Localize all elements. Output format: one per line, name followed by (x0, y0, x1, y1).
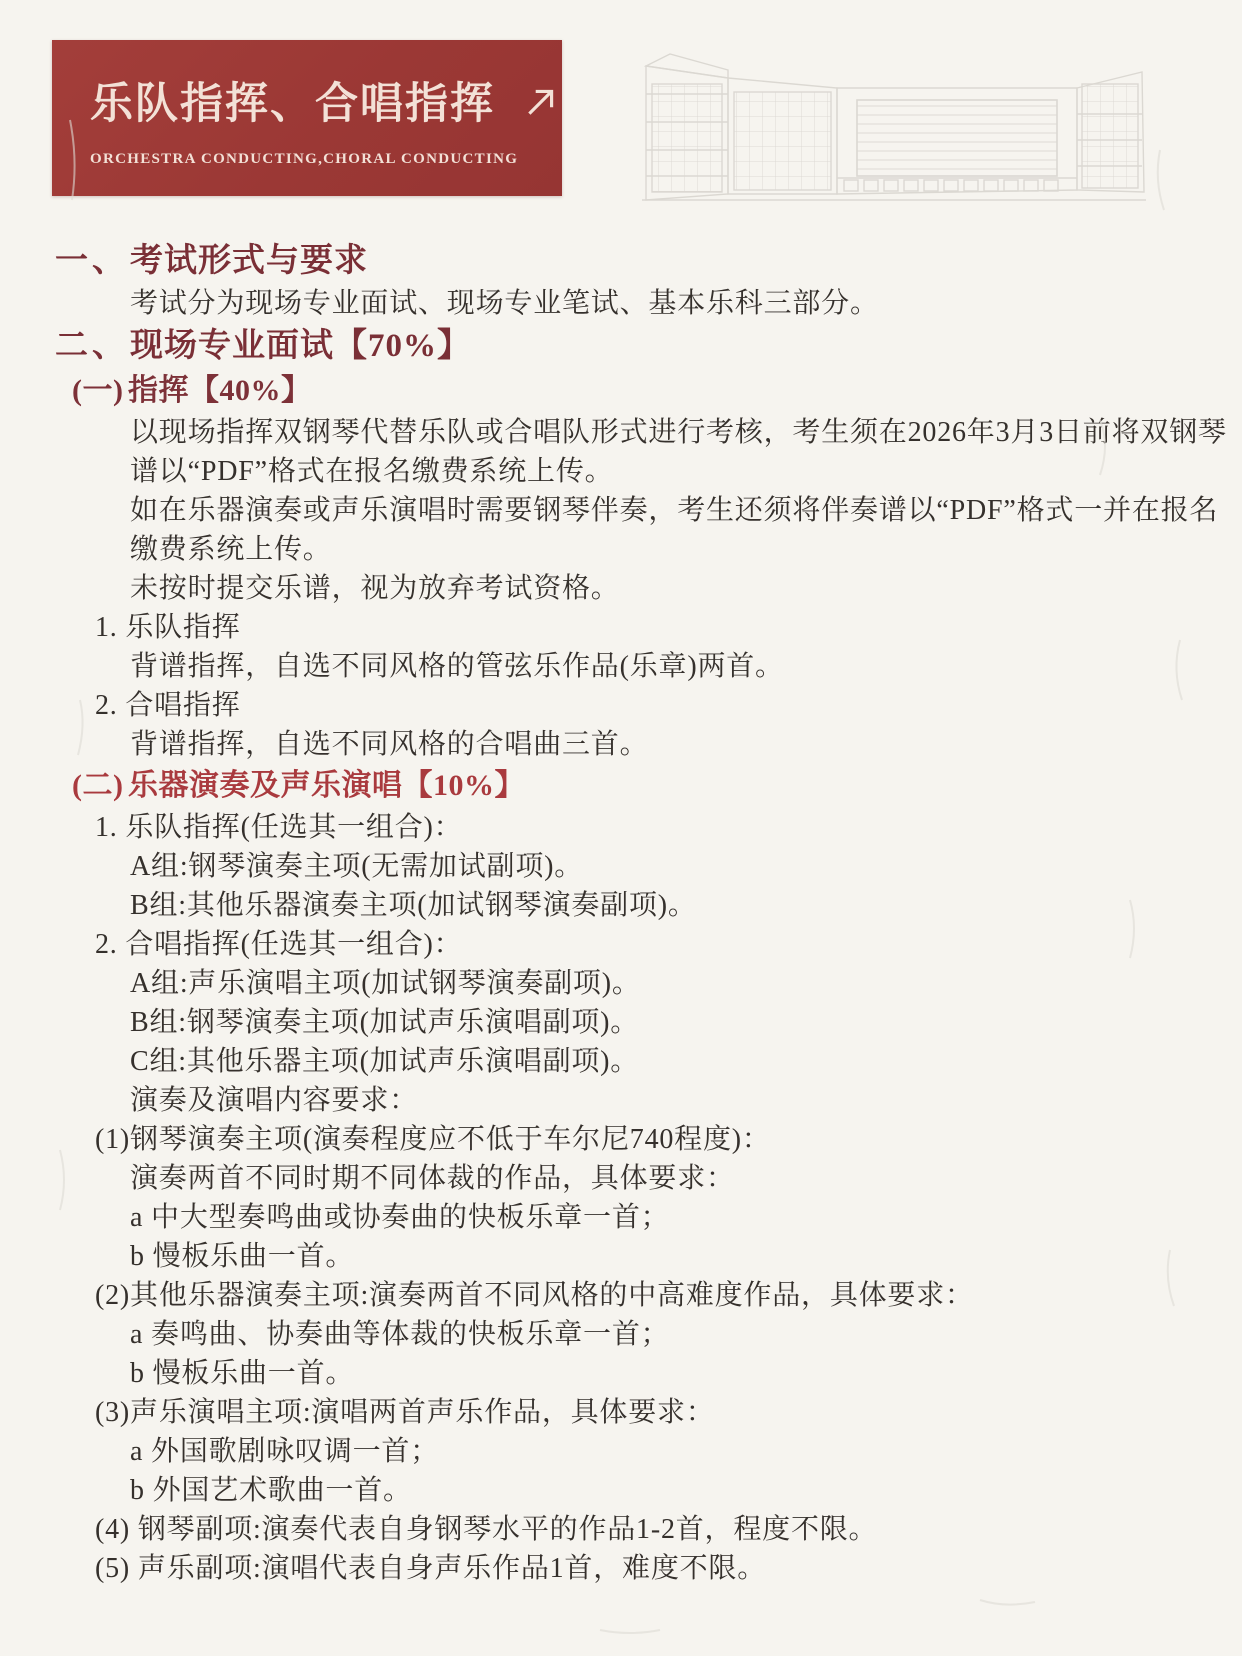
section-1-number: 一、 (55, 238, 130, 284)
text-line: 以现场指挥双钢琴代替乐队或合唱队形式进行考核，考生须在2026年3月3日前将双钢… (55, 413, 1200, 452)
header-banner: 乐队指挥、合唱指挥 ORCHESTRA CONDUCTING,CHORAL CO… (52, 40, 562, 196)
text-line: B组:其他乐器演奏主项(加试钢琴演奏副项)。 (55, 886, 1200, 925)
text-line: 未按时提交乐谱，视为放弃考试资格。 (55, 569, 1200, 608)
banner-title-row: 乐队指挥、合唱指挥 (90, 70, 562, 131)
text-line: 2. 合唱指挥(任选其一组合)： (55, 925, 1200, 964)
section-2-number: 二、 (55, 323, 130, 369)
subsection-1-heading: (一)指挥【40%】 (55, 369, 1200, 413)
building-sketch-illustration (632, 26, 1147, 204)
text-line: A组:钢琴演奏主项(无需加试副项)。 (55, 847, 1200, 886)
subsection-1-label: (一) (72, 369, 128, 413)
subsection-1-title: 指挥【40%】 (128, 374, 312, 407)
text-line: 如在乐器演奏或声乐演唱时需要钢琴伴奏，考生还须将伴奏谱以“PDF”格式一并在报名 (55, 491, 1200, 530)
text-line: 谱以“PDF”格式在报名缴费系统上传。 (55, 452, 1200, 491)
text-line: (2)其他乐器演奏主项:演奏两首不同风格的中高难度作品，具体要求： (55, 1276, 1200, 1315)
text-line: 2. 合唱指挥 (55, 686, 1200, 725)
text-line: b 慢板乐曲一首。 (55, 1237, 1200, 1276)
text-line: 演奏及演唱内容要求： (55, 1081, 1200, 1120)
text-line: A组:声乐演唱主项(加试钢琴演奏副项)。 (55, 964, 1200, 1003)
text-line: 1. 乐队指挥(任选其一组合)： (55, 808, 1200, 847)
text-line: C组:其他乐器主项(加试声乐演唱副项)。 (55, 1042, 1200, 1081)
text-line: 演奏两首不同时期不同体裁的作品，具体要求： (55, 1159, 1200, 1198)
text-line: b 慢板乐曲一首。 (55, 1354, 1200, 1393)
text-line: 背谱指挥，自选不同风格的管弦乐作品(乐章)两首。 (55, 647, 1200, 686)
text-line: a 中大型奏鸣曲或协奏曲的快板乐章一首； (55, 1198, 1200, 1237)
page-subtitle: ORCHESTRA CONDUCTING,CHORAL CONDUCTING (90, 151, 562, 168)
text-line: 考试分为现场专业面试、现场专业笔试、基本乐科三部分。 (55, 284, 1200, 323)
document-page: 乐队指挥、合唱指挥 ORCHESTRA CONDUCTING,CHORAL CO… (0, 0, 1242, 1656)
text-line: B组:钢琴演奏主项(加试声乐演唱副项)。 (55, 1003, 1200, 1042)
section-2-title: 现场专业面试【70%】 (130, 323, 471, 369)
arrow-up-right-icon (523, 84, 559, 120)
text-line: (4) 钢琴副项:演奏代表自身钢琴水平的作品1-2首，程度不限。 (55, 1510, 1200, 1549)
text-line: (5) 声乐副项:演唱代表自身声乐作品1首，难度不限。 (55, 1549, 1200, 1588)
subsection-2-heading: (二)乐器演奏及声乐演唱【10%】 (55, 764, 1200, 808)
text-line: (3)声乐演唱主项:演唱两首声乐作品，具体要求： (55, 1393, 1200, 1432)
section-2-heading: 二、 现场专业面试【70%】 (55, 323, 1200, 369)
text-line: b 外国艺术歌曲一首。 (55, 1471, 1200, 1510)
text-line: a 奏鸣曲、协奏曲等体裁的快板乐章一首； (55, 1315, 1200, 1354)
text-line: 1. 乐队指挥 (55, 608, 1200, 647)
text-line: 背谱指挥，自选不同风格的合唱曲三首。 (55, 725, 1200, 764)
text-line: a 外国歌剧咏叹调一首； (55, 1432, 1200, 1471)
text-line: 缴费系统上传。 (55, 530, 1200, 569)
subsection-2-title: 乐器演奏及声乐演唱【10%】 (128, 769, 525, 802)
section-1-title: 考试形式与要求 (130, 238, 368, 284)
section-1-heading: 一、 考试形式与要求 (55, 238, 1200, 284)
text-line: (1)钢琴演奏主项(演奏程度应不低于车尔尼740程度)： (55, 1120, 1200, 1159)
page-title: 乐队指挥、合唱指挥 (90, 70, 495, 131)
document-body: 一、 考试形式与要求 考试分为现场专业面试、现场专业笔试、基本乐科三部分。 二、… (55, 238, 1200, 1588)
subsection-2-label: (二) (72, 764, 128, 808)
